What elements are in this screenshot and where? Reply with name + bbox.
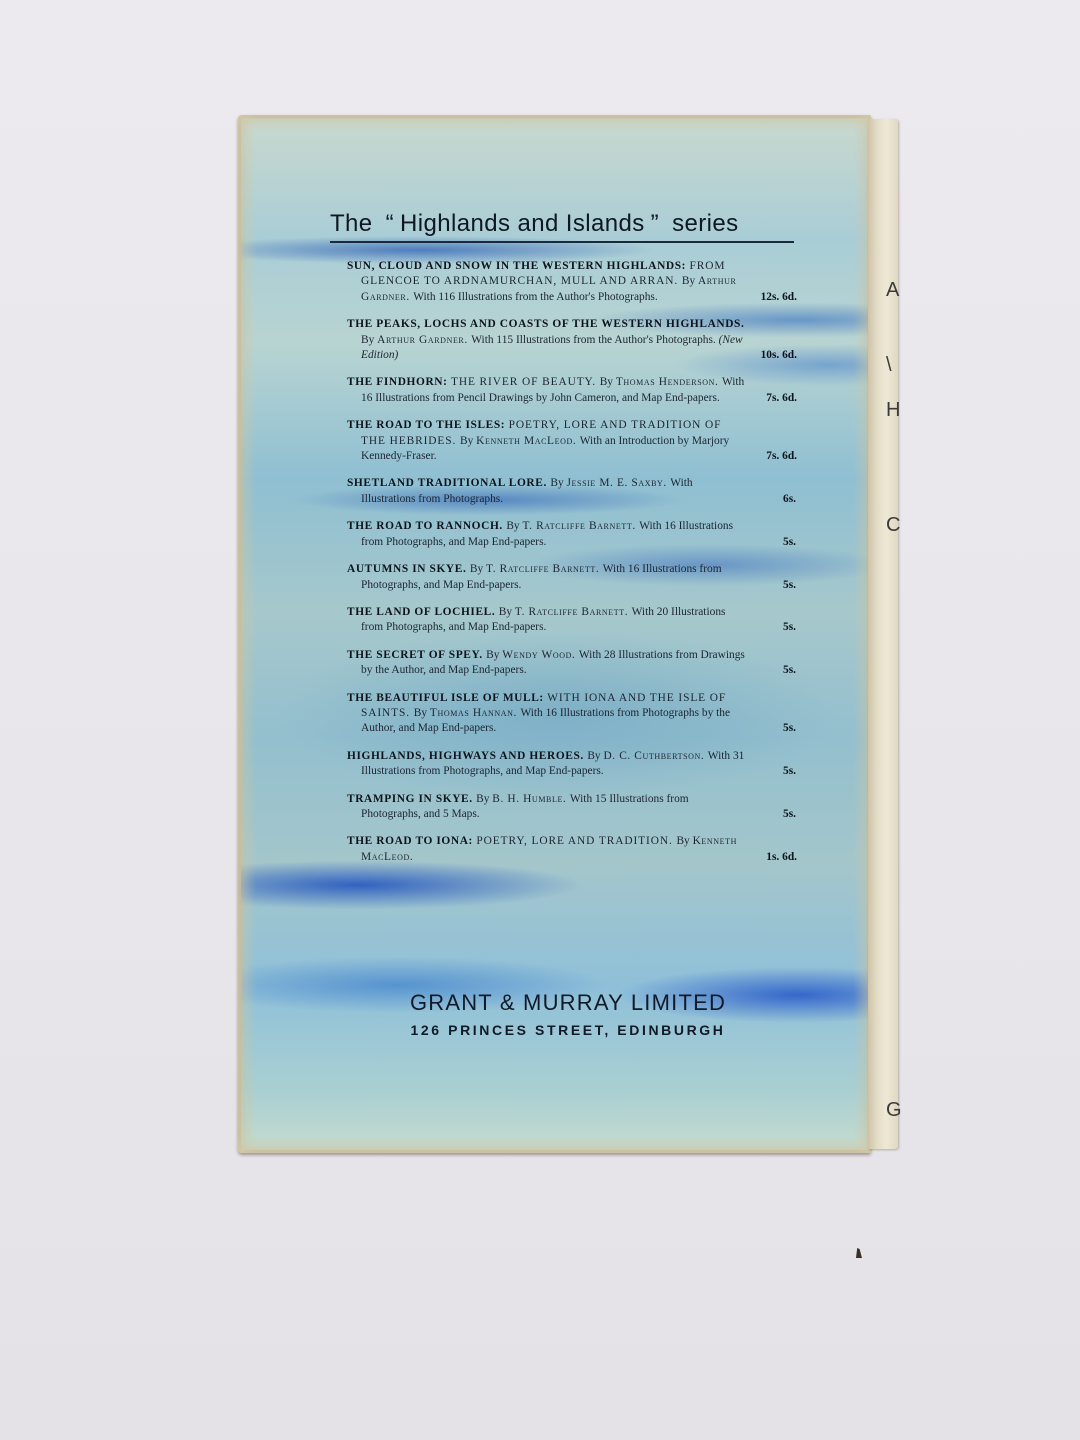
series-listing: The “Highlands and Islands” series SUN, … [333,210,803,877]
by-label: By [587,750,603,762]
spine-letter: G [886,1099,902,1122]
by-label: By [600,376,616,388]
book-author: Thomas Henderson. [616,376,722,388]
book-list: SUN, CLOUD AND SNOW IN THE WESTERN HIGHL… [333,259,797,865]
publisher-address: 126 PRINCES STREET, EDINBURGH [238,1022,871,1038]
book-author: Arthur Gardner. [377,334,471,346]
debris-speck [856,1248,862,1258]
book-title: AUTUMNS IN SKYE. [347,563,470,575]
close-quote: ” [651,210,659,237]
open-quote: “ [386,210,394,237]
book-title: TRAMPING IN SKYE. [347,793,476,805]
book-title: THE FINDHORN: [347,376,451,388]
book-price: 7s. 6d. [780,449,797,464]
book-spine: A\HCG [868,119,898,1149]
book-subtitle: POETRY, LORE AND TRADITION. [476,835,676,847]
by-label: By [486,649,502,661]
book-title: SHETLAND TRADITIONAL LORE. [347,477,550,489]
book-author: Kenneth MacLeod. [476,435,580,447]
spine-letter: C [886,514,900,537]
book-entry: THE ROAD TO RANNOCH. By T. Ratcliffe Bar… [347,519,797,550]
book-entry: THE BEAUTIFUL ISLE OF MULL: WITH IONA AN… [347,691,797,737]
by-label: By [414,707,430,719]
by-label: By [470,563,486,575]
spine-letter: A [886,279,899,302]
book-title: THE SECRET OF SPEY. [347,649,486,661]
book-author: Wendy Wood. [502,649,579,661]
book-title: THE BEAUTIFUL ISLE OF MULL: [347,692,547,704]
book-author: Thomas Hannan. [430,707,521,719]
book: The “Highlands and Islands” series SUN, … [238,115,898,1153]
book-title: HIGHLANDS, HIGHWAYS AND HEROES. [347,750,587,762]
book-entry: THE PEAKS, LOCHS AND COASTS OF THE WESTE… [347,317,797,363]
book-author: B. H. Humble. [492,793,570,805]
book-entry: THE ROAD TO IONA: POETRY, LORE AND TRADI… [347,834,797,865]
book-entry: SHETLAND TRADITIONAL LORE. By Jessie M. … [347,476,797,507]
by-label: By [476,793,492,805]
series-title-prefix: The [330,210,373,237]
book-author: D. C. Cuthbertson. [603,750,707,762]
spine-letter: H [886,399,900,422]
book-entry: TRAMPING IN SKYE. By B. H. Humble. With … [347,792,797,823]
by-label: By [682,275,698,287]
series-heading: The “Highlands and Islands” series [330,210,794,243]
by-label: By [676,835,692,847]
book-price: 7s. 6d. [780,391,797,406]
book-title: THE ROAD TO RANNOCH. [347,520,506,532]
by-label: By [499,606,515,618]
book-author: Jessie M. E. Saxby. [567,477,671,489]
book-title: SUN, CLOUD AND SNOW IN THE WESTERN HIGHL… [347,260,690,272]
book-title: THE ROAD TO THE ISLES: [347,419,509,431]
book-author: T. Ratcliffe Barnett. [486,563,603,575]
book-entry: THE SECRET OF SPEY. By Wendy Wood. With … [347,648,797,679]
book-author: T. Ratcliffe Barnett. [515,606,632,618]
book-entry: SUN, CLOUD AND SNOW IN THE WESTERN HIGHL… [347,259,797,305]
book-title: THE LAND OF LOCHIEL. [347,606,499,618]
book-title: THE ROAD TO IONA: [347,835,476,847]
back-cover: The “Highlands and Islands” series SUN, … [238,115,871,1153]
by-label: By [460,435,476,447]
book-subtitle: THE RIVER OF BEAUTY. [451,376,600,388]
publisher-block: GRANT & MURRAY LIMITED 126 PRINCES STREE… [238,990,871,1038]
series-title-name: Highlands and Islands [400,210,645,237]
book-title: THE PEAKS, LOCHS AND COASTS OF THE WESTE… [347,318,744,330]
publisher-name: GRANT & MURRAY LIMITED [238,990,871,1016]
book-details: With 116 Illustrations from the Author's… [413,291,657,303]
book-details: With 115 Illustrations from the Author's… [471,334,718,346]
by-label: By [361,334,377,346]
book-entry: AUTUMNS IN SKYE. By T. Ratcliffe Barnett… [347,562,797,593]
book-entry: THE FINDHORN: THE RIVER OF BEAUTY. By Th… [347,375,797,406]
book-price: 12s. 6d. [775,290,797,305]
series-title-suffix: series [672,210,738,237]
spine-letter: \ [886,354,892,377]
by-label: By [506,520,522,532]
book-price: 1s. 6d. [780,850,797,865]
book-entry: THE LAND OF LOCHIEL. By T. Ratcliffe Bar… [347,605,797,636]
book-entry: THE ROAD TO THE ISLES: POETRY, LORE AND … [347,418,797,464]
book-price: 10s. 6d. [775,348,797,363]
book-author: T. Ratcliffe Barnett. [522,520,639,532]
book-entry: HIGHLANDS, HIGHWAYS AND HEROES. By D. C.… [347,749,797,780]
by-label: By [550,477,566,489]
